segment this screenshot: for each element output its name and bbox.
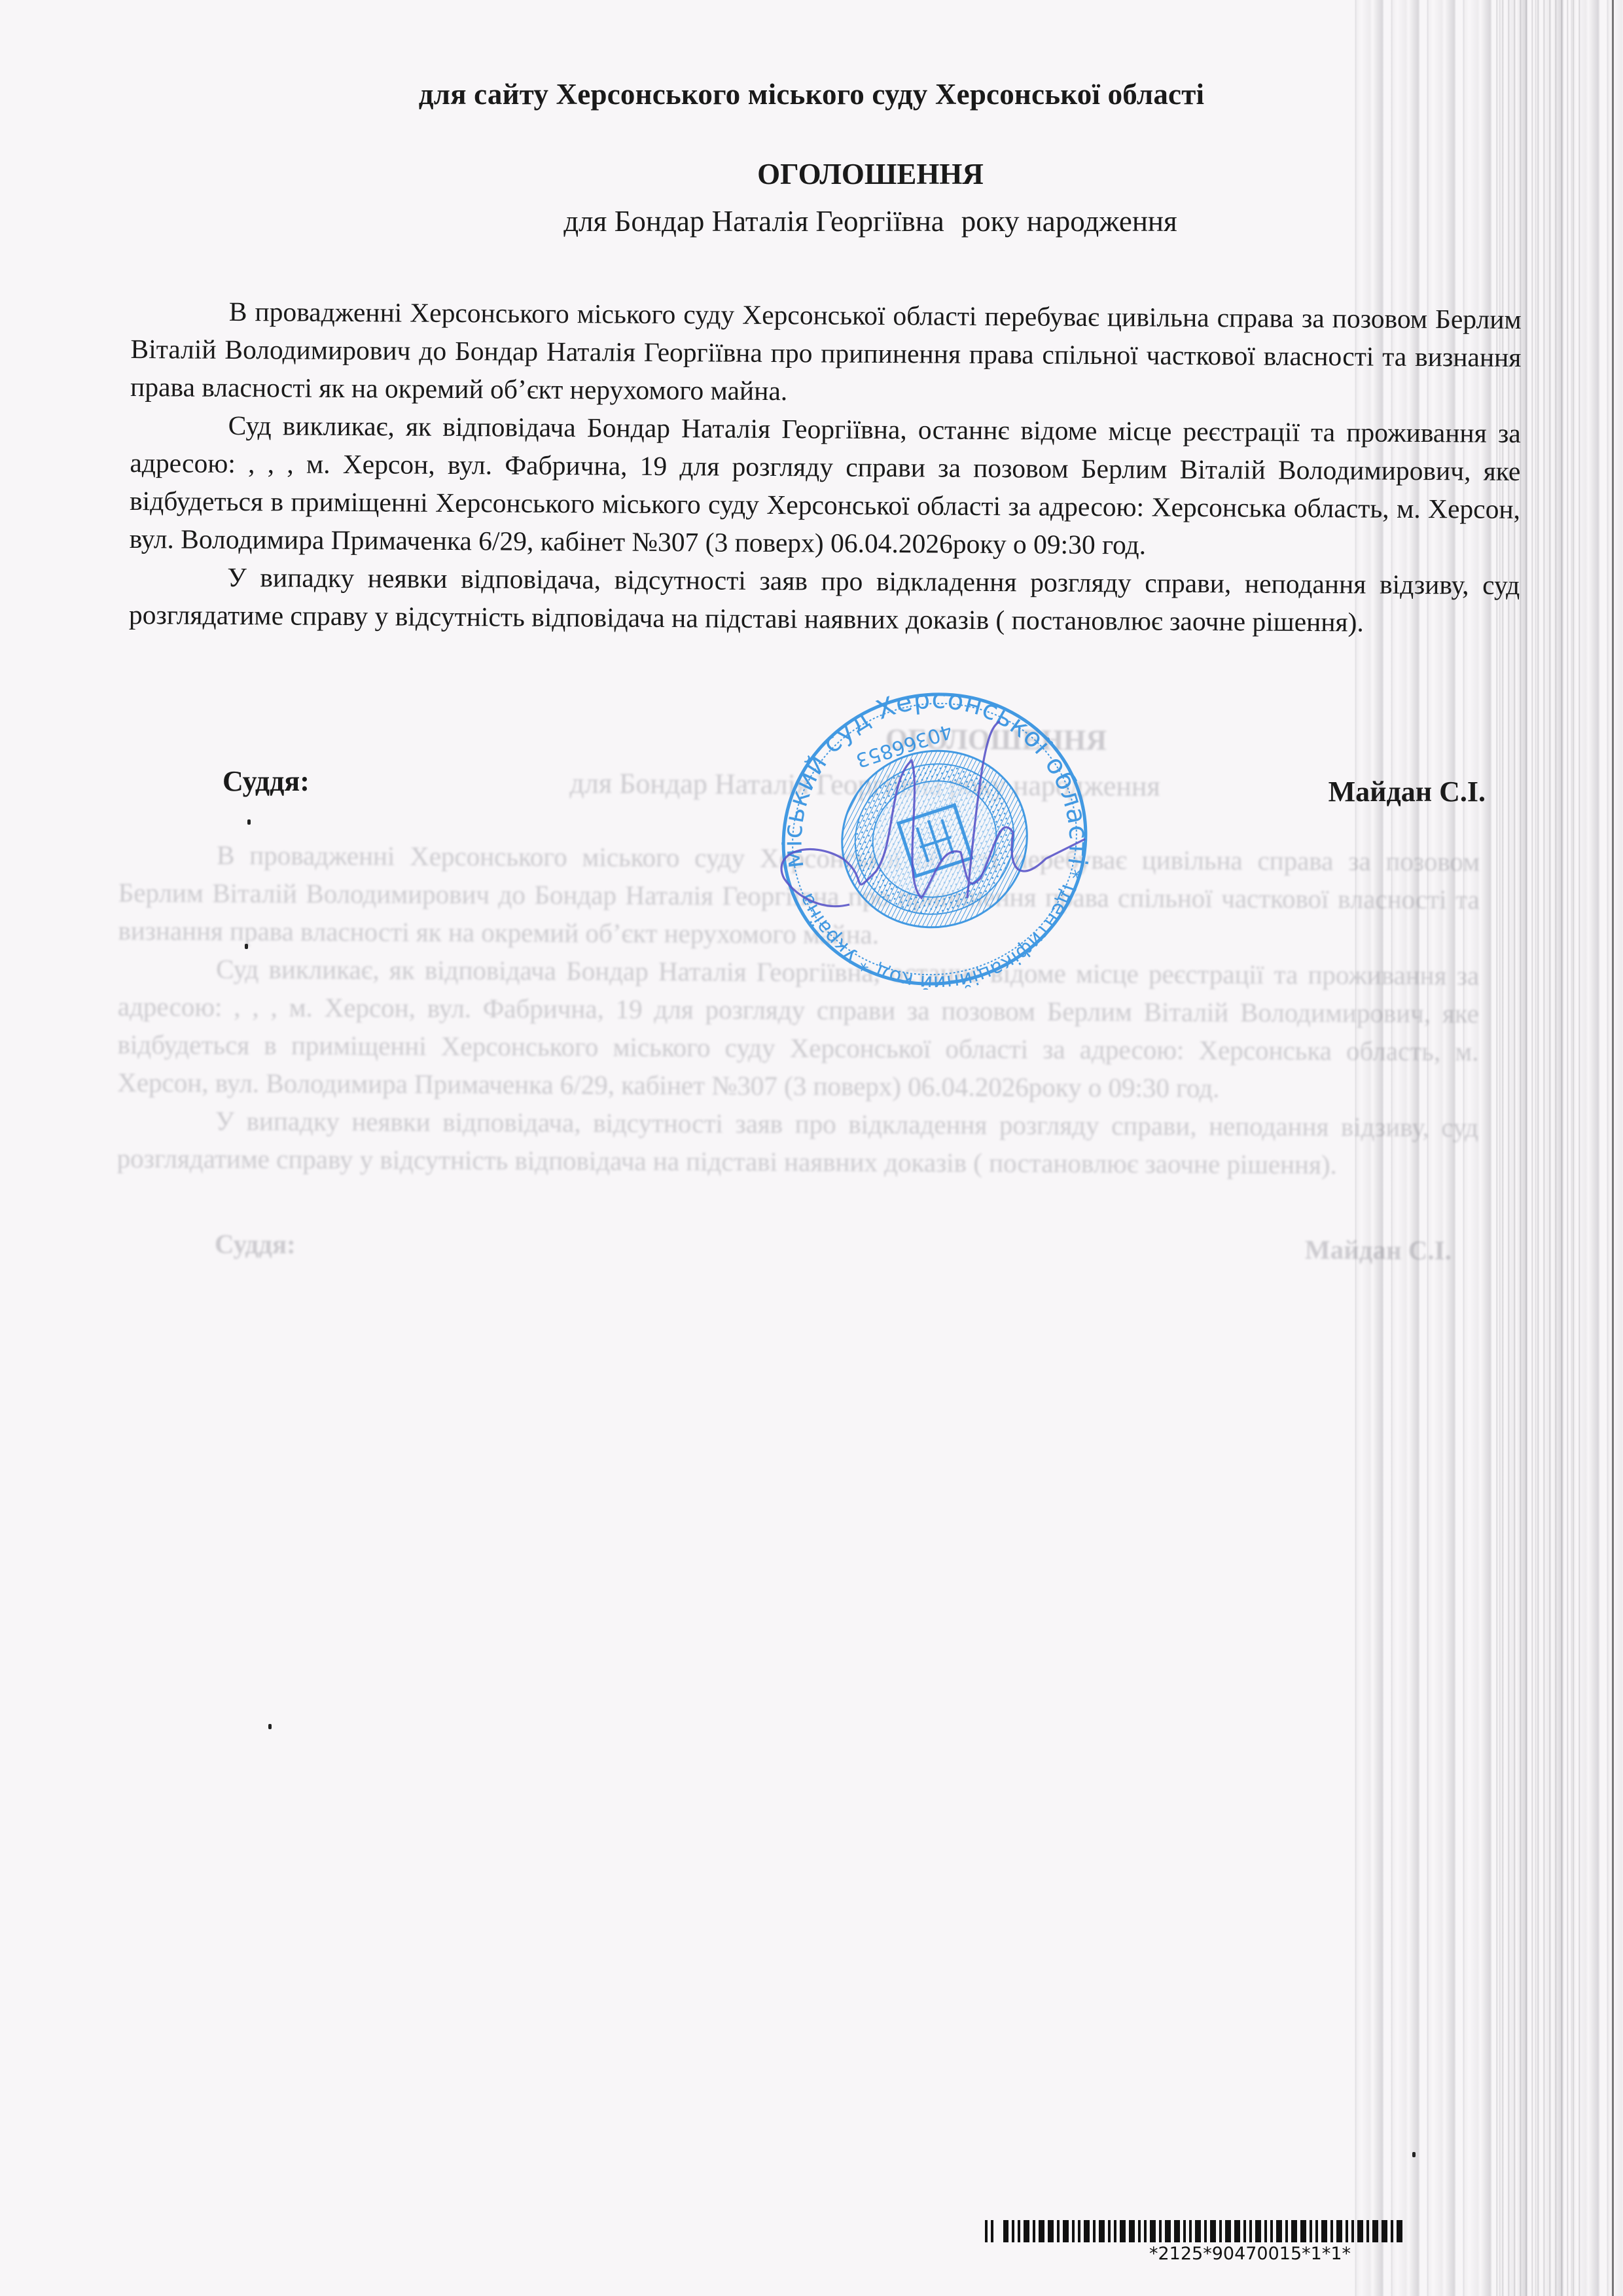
court-seal-stamp: міський суд Херсонської області * Іденти… xyxy=(771,682,1098,990)
judge-name: Майдан С.І. xyxy=(1329,775,1486,808)
speck xyxy=(245,944,248,949)
site-header: для сайту Херсонського міського суду Хер… xyxy=(0,77,1623,111)
judge-label: Суддя: xyxy=(223,764,310,798)
speck xyxy=(1412,2152,1416,2157)
speck xyxy=(268,1724,272,1729)
birth-year-label: року народження xyxy=(961,205,1177,238)
announcement-body: В провадженні Херсонського міського суду… xyxy=(129,292,1522,642)
barcode-bars xyxy=(985,2220,1489,2242)
speck xyxy=(247,819,251,825)
paragraph-summons: Суд викликає, як відповідача Бондар Ната… xyxy=(130,406,1521,566)
paragraph-consequences: У випадку неявки відповідача, відсутност… xyxy=(129,558,1520,642)
paragraph-case: В провадженні Херсонського міського суду… xyxy=(130,292,1522,414)
barcode-number: *2125*90470015*1*1* xyxy=(985,2244,1489,2264)
document-title: ОГОЛОШЕННЯ xyxy=(0,157,1623,191)
document-page: для сайту Херсонського міського суду Хер… xyxy=(0,0,1623,2296)
document-barcode: *2125*90470015*1*1* xyxy=(985,2220,1489,2264)
document-subtitle: для Бондар Наталія Георгіївнароку народж… xyxy=(0,204,1623,238)
seal-icon: міський суд Херсонської області * Іденти… xyxy=(771,682,1098,990)
addressee: для Бондар Наталія Георгіївна xyxy=(563,205,944,238)
